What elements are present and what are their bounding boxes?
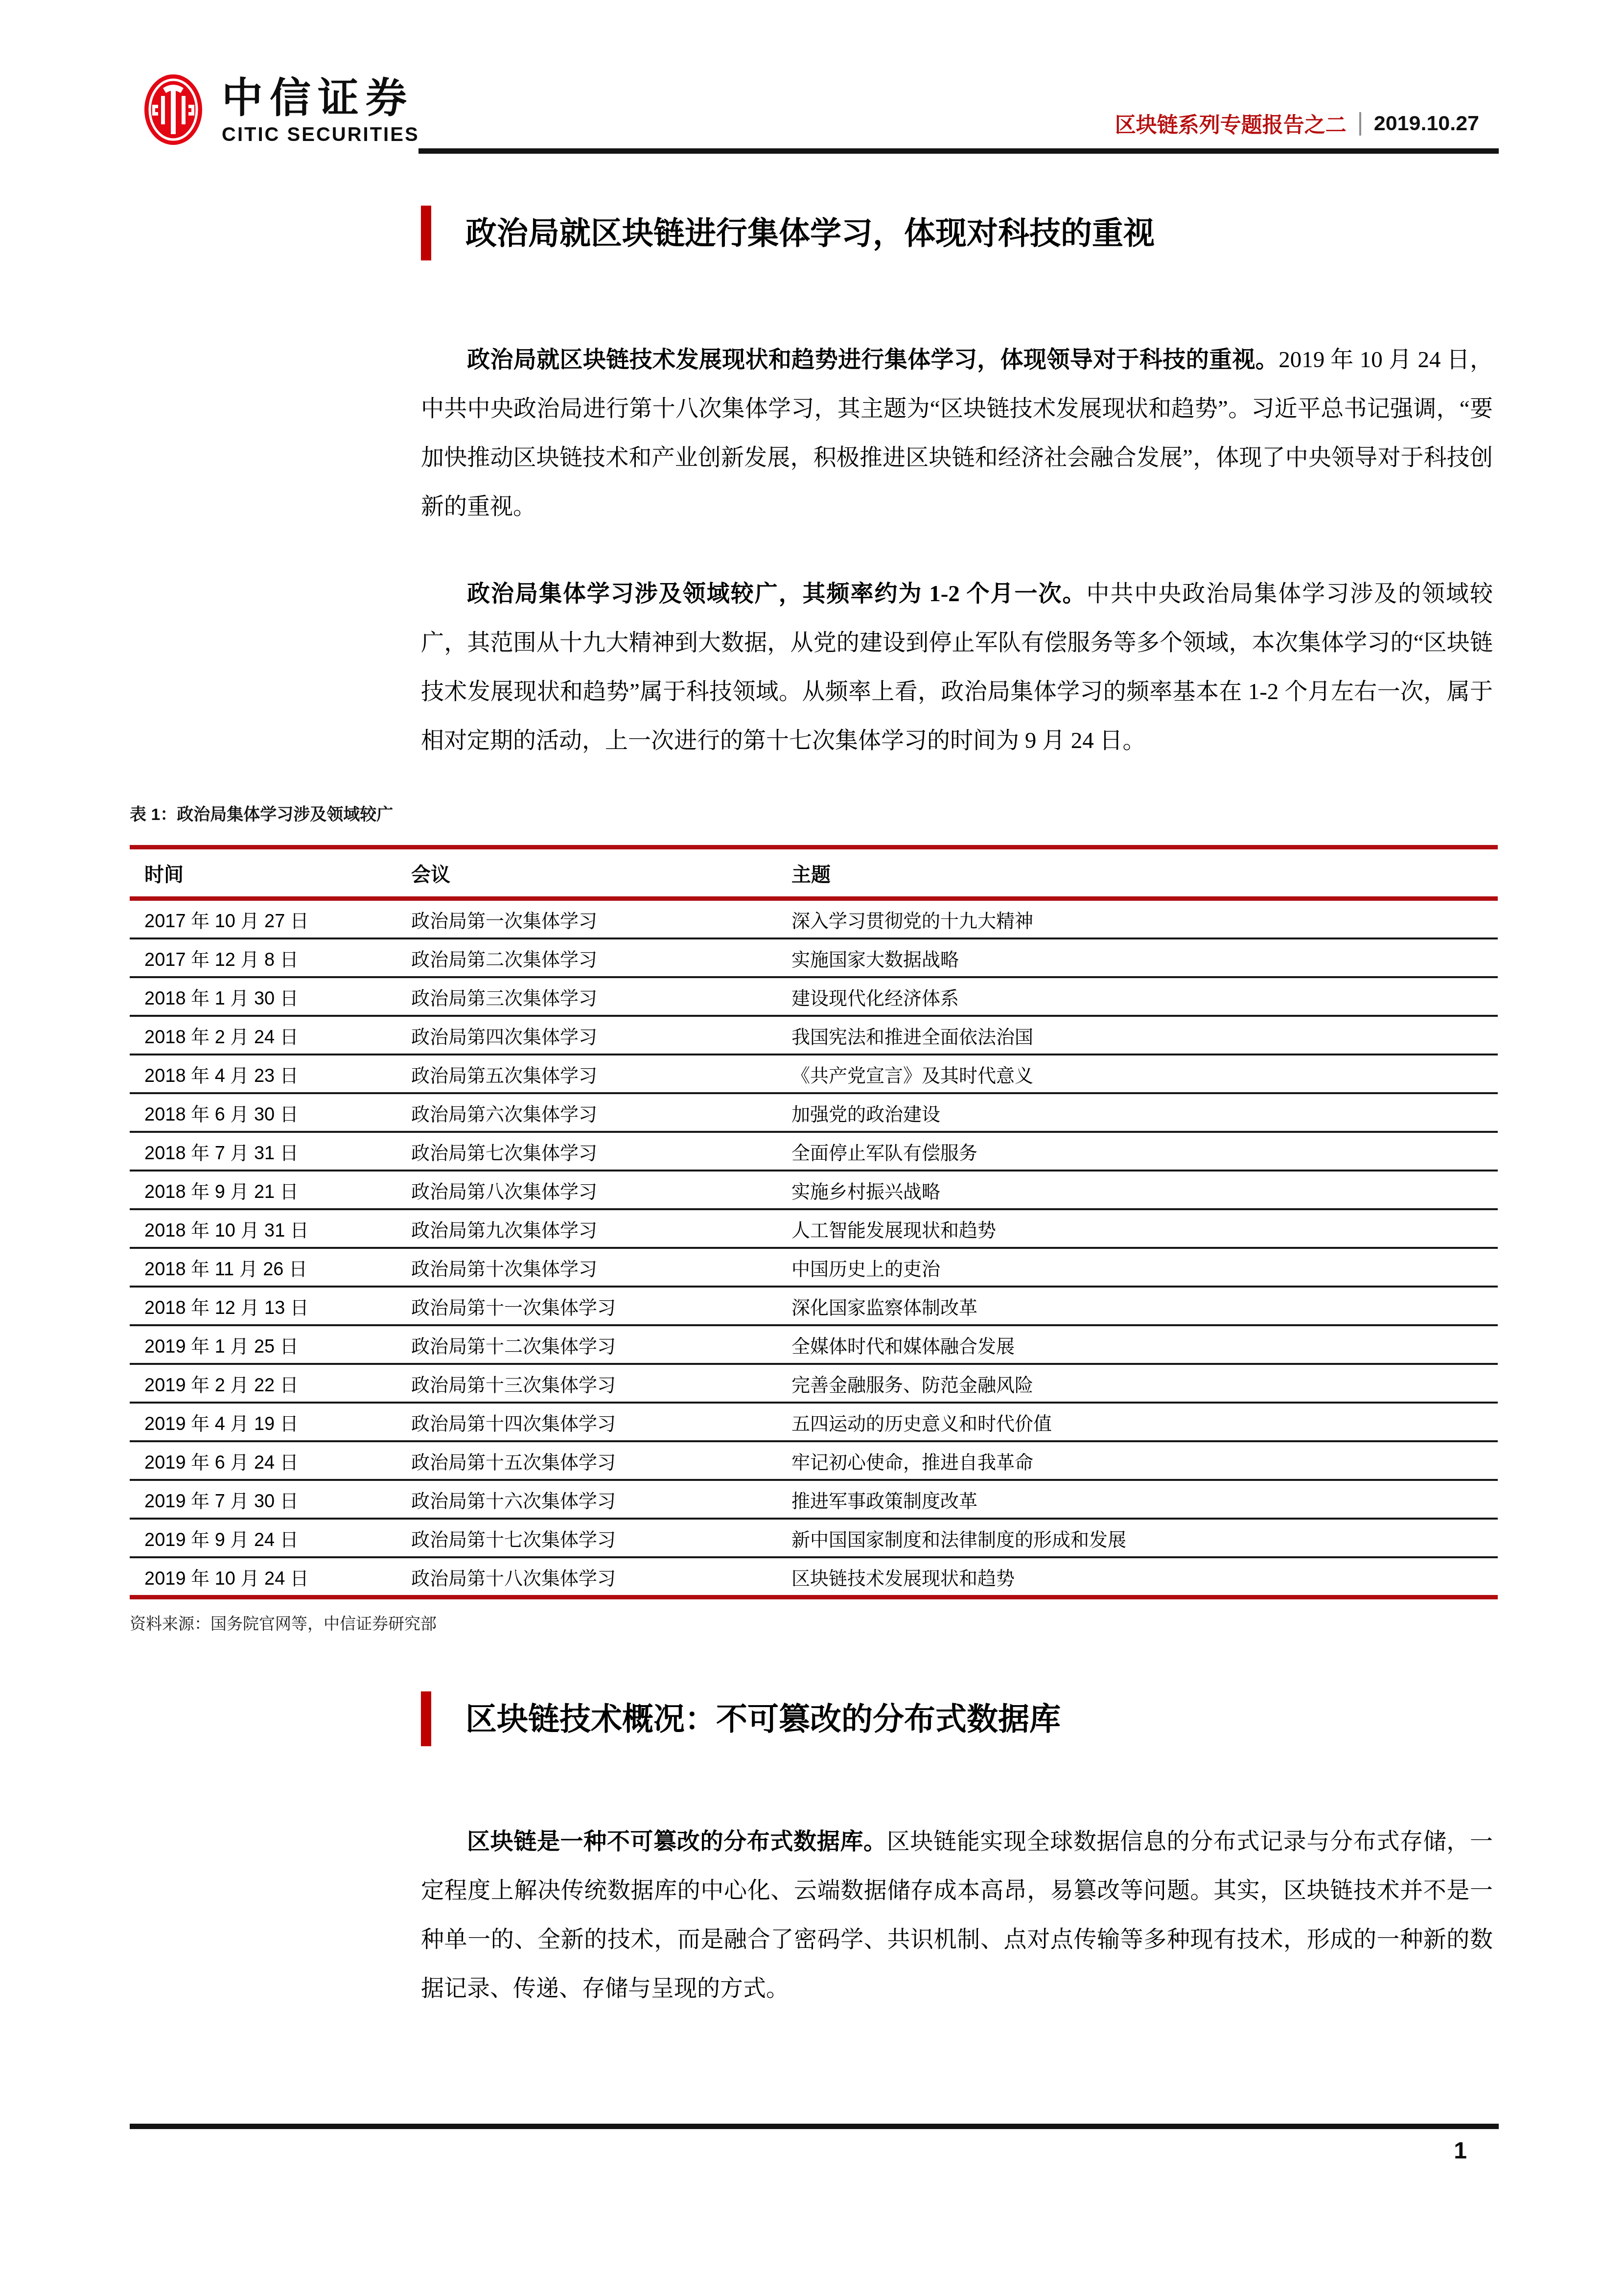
cell-meeting: 政治局第十七次集体学习 (396, 1519, 777, 1557)
section-title-2: 区块链技术概况：不可篡改的分布式数据库 (465, 1691, 1061, 1746)
paragraph-2-lead: 政治局集体学习涉及领域较广，其频率约为 1-2 个月一次。 (467, 581, 1086, 607)
column-header-meeting: 会议 (396, 847, 777, 899)
column-header-topic: 主题 (777, 847, 1498, 899)
cell-topic: 深化国家监察体制改革 (777, 1287, 1498, 1325)
heading-accent-bar (421, 1691, 431, 1746)
cell-topic: 加强党的政治建设 (777, 1093, 1498, 1132)
cell-topic: 全面停止军队有偿服务 (777, 1132, 1498, 1171)
cell-topic: 人工智能发展现状和趋势 (777, 1209, 1498, 1248)
table-row: 2018 年 2 月 24 日 政治局第四次集体学习 我国宪法和推进全面依法治国 (130, 1016, 1498, 1054)
cell-time: 2018 年 2 月 24 日 (130, 1016, 396, 1054)
table-body: 2017 年 10 月 27 日 政治局第一次集体学习 深入学习贯彻党的十九大精… (130, 899, 1498, 1597)
cell-meeting: 政治局第十六次集体学习 (396, 1480, 777, 1519)
section-heading-2: 区块链技术概况：不可篡改的分布式数据库 (421, 1691, 1490, 1746)
cell-meeting: 政治局第八次集体学习 (396, 1171, 777, 1209)
cell-topic: 五四运动的历史意义和时代价值 (777, 1403, 1498, 1441)
table-row: 2018 年 11 月 26 日 政治局第十次集体学习 中国历史上的吏治 (130, 1248, 1498, 1287)
cell-meeting: 政治局第一次集体学习 (396, 899, 777, 939)
section-heading-1: 政治局就区块链进行集体学习，体现对科技的重视 (421, 206, 1490, 260)
brand-name-en: CITIC SECURITIES (222, 123, 419, 146)
cell-topic: 完善金融服务、防范金融风险 (777, 1364, 1498, 1403)
table-row: 2017 年 12 月 8 日 政治局第二次集体学习 实施国家大数据战略 (130, 938, 1498, 977)
cell-meeting: 政治局第十五次集体学习 (396, 1441, 777, 1480)
cell-time: 2017 年 10 月 27 日 (130, 899, 396, 939)
page-number: 1 (1454, 2137, 1467, 2164)
cell-topic: 实施乡村振兴战略 (777, 1171, 1498, 1209)
table-row: 2019 年 1 月 25 日 政治局第十二次集体学习 全媒体时代和媒体融合发展 (130, 1325, 1498, 1364)
table-source-note: 资料来源：国务院官网等，中信证券研究部 (130, 1613, 1498, 1635)
paragraph-1-lead: 政治局就区块链技术发展现状和趋势进行集体学习，体现领导对于科技的重视。 (467, 347, 1278, 373)
report-date: 2019.10.27 (1374, 112, 1479, 136)
table-row: 2019 年 7 月 30 日 政治局第十六次集体学习 推进军事政策制度改革 (130, 1480, 1498, 1519)
cell-topic: 深入学习贯彻党的十九大精神 (777, 899, 1498, 939)
header-rule (418, 148, 1499, 154)
table-row: 2018 年 7 月 31 日 政治局第七次集体学习 全面停止军队有偿服务 (130, 1132, 1498, 1171)
table-row: 2019 年 10 月 24 日 政治局第十八次集体学习 区块链技术发展现状和趋… (130, 1557, 1498, 1597)
cell-topic: 我国宪法和推进全面依法治国 (777, 1016, 1498, 1054)
cell-time: 2019 年 9 月 24 日 (130, 1519, 396, 1557)
cell-topic: 区块链技术发展现状和趋势 (777, 1557, 1498, 1597)
cell-topic: 《共产党宣言》及其时代意义 (777, 1054, 1498, 1093)
paragraph-1-body: 2019 年 10 月 24 日，中共中央政治局进行第十八次集体学习，其主题为“… (421, 347, 1493, 519)
cell-meeting: 政治局第十次集体学习 (396, 1248, 777, 1287)
cell-topic: 中国历史上的吏治 (777, 1248, 1498, 1287)
cell-topic: 实施国家大数据战略 (777, 938, 1498, 977)
paragraph-3-lead: 区块链是一种不可篡改的分布式数据库。 (467, 1829, 887, 1854)
heading-accent-bar (421, 206, 431, 260)
cell-time: 2018 年 9 月 21 日 (130, 1171, 396, 1209)
table-row: 2018 年 10 月 31 日 政治局第九次集体学习 人工智能发展现状和趋势 (130, 1209, 1498, 1248)
cell-meeting: 政治局第十四次集体学习 (396, 1403, 777, 1441)
cell-meeting: 政治局第十二次集体学习 (396, 1325, 777, 1364)
citic-logo-block: 中信证券 CITIC SECURITIES (143, 73, 419, 146)
cell-time: 2019 年 4 月 19 日 (130, 1403, 396, 1441)
cell-meeting: 政治局第九次集体学习 (396, 1209, 777, 1248)
cell-time: 2019 年 1 月 25 日 (130, 1325, 396, 1364)
table-row: 2018 年 6 月 30 日 政治局第六次集体学习 加强党的政治建设 (130, 1093, 1498, 1132)
cell-topic: 建设现代化经济体系 (777, 977, 1498, 1016)
cell-time: 2018 年 11 月 26 日 (130, 1248, 396, 1287)
cell-meeting: 政治局第十八次集体学习 (396, 1557, 777, 1597)
cell-topic: 新中国国家制度和法律制度的形成和发展 (777, 1519, 1498, 1557)
cell-time: 2018 年 6 月 30 日 (130, 1093, 396, 1132)
cell-time: 2019 年 7 月 30 日 (130, 1480, 396, 1519)
table-row: 2019 年 6 月 24 日 政治局第十五次集体学习 牢记初心使命，推进自我革… (130, 1441, 1498, 1480)
cell-meeting: 政治局第五次集体学习 (396, 1054, 777, 1093)
cell-topic: 推进军事政策制度改革 (777, 1480, 1498, 1519)
table-row: 2018 年 12 月 13 日 政治局第十一次集体学习 深化国家监察体制改革 (130, 1287, 1498, 1325)
report-series-title: 区块链系列专题报告之二 (1115, 109, 1347, 139)
paragraph-2-body: 中共中央政治局集体学习涉及的领域较广，其范围从十九大精神到大数据，从党的建设到停… (421, 581, 1493, 753)
brand-name-cn: 中信证券 (222, 73, 419, 122)
cell-time: 2019 年 2 月 22 日 (130, 1364, 396, 1403)
cell-time: 2018 年 1 月 30 日 (130, 977, 396, 1016)
table-row: 2019 年 4 月 19 日 政治局第十四次集体学习 五四运动的历史意义和时代… (130, 1403, 1498, 1441)
brand-text: 中信证券 CITIC SECURITIES (222, 73, 419, 146)
section-title-1: 政治局就区块链进行集体学习，体现对科技的重视 (465, 206, 1155, 260)
paragraph-1: 政治局就区块链技术发展现状和趋势进行集体学习，体现领导对于科技的重视。2019 … (421, 335, 1493, 531)
column-header-time: 时间 (130, 847, 396, 899)
cell-meeting: 政治局第六次集体学习 (396, 1093, 777, 1132)
table-row: 2018 年 1 月 30 日 政治局第三次集体学习 建设现代化经济体系 (130, 977, 1498, 1016)
paragraph-3: 区块链是一种不可篡改的分布式数据库。区块链能实现全球数据信息的分布式记录与分布式… (421, 1817, 1493, 2013)
table-header-row: 时间 会议 主题 (130, 847, 1498, 899)
table-row: 2018 年 4 月 23 日 政治局第五次集体学习 《共产党宣言》及其时代意义 (130, 1054, 1498, 1093)
meetings-table: 时间 会议 主题 2017 年 10 月 27 日 政治局第一次集体学习 深入学… (130, 845, 1498, 1599)
cell-topic: 全媒体时代和媒体融合发展 (777, 1325, 1498, 1364)
cell-meeting: 政治局第十一次集体学习 (396, 1287, 777, 1325)
cell-meeting: 政治局第十三次集体学习 (396, 1364, 777, 1403)
footer-rule (130, 2124, 1499, 2129)
cell-time: 2017 年 12 月 8 日 (130, 938, 396, 977)
report-page: 中信证券 CITIC SECURITIES 区块链系列专题报告之二 2019.1… (0, 0, 1603, 2296)
table-block: 表 1：政治局集体学习涉及领域较广 时间 会议 主题 2017 年 10 月 2… (130, 804, 1498, 1635)
cell-time: 2018 年 4 月 23 日 (130, 1054, 396, 1093)
cell-meeting: 政治局第三次集体学习 (396, 977, 777, 1016)
table-row: 2018 年 9 月 21 日 政治局第八次集体学习 实施乡村振兴战略 (130, 1171, 1498, 1209)
paragraph-3-body: 区块链能实现全球数据信息的分布式记录与分布式存储，一定程度上解决传统数据库的中心… (421, 1829, 1493, 2001)
header-divider (1359, 112, 1361, 136)
cell-time: 2018 年 7 月 31 日 (130, 1132, 396, 1171)
cell-meeting: 政治局第四次集体学习 (396, 1016, 777, 1054)
cell-time: 2019 年 10 月 24 日 (130, 1557, 396, 1597)
table-row: 2017 年 10 月 27 日 政治局第一次集体学习 深入学习贯彻党的十九大精… (130, 899, 1498, 939)
table-caption: 表 1：政治局集体学习涉及领域较广 (130, 804, 1498, 825)
cell-meeting: 政治局第七次集体学习 (396, 1132, 777, 1171)
table-row: 2019 年 2 月 22 日 政治局第十三次集体学习 完善金融服务、防范金融风… (130, 1364, 1498, 1403)
cell-topic: 牢记初心使命，推进自我革命 (777, 1441, 1498, 1480)
cell-time: 2018 年 10 月 31 日 (130, 1209, 396, 1248)
cell-time: 2018 年 12 月 13 日 (130, 1287, 396, 1325)
cell-time: 2019 年 6 月 24 日 (130, 1441, 396, 1480)
table-row: 2019 年 9 月 24 日 政治局第十七次集体学习 新中国国家制度和法律制度… (130, 1519, 1498, 1557)
header-meta: 区块链系列专题报告之二 2019.10.27 (1115, 109, 1479, 139)
cell-meeting: 政治局第二次集体学习 (396, 938, 777, 977)
citic-logo-icon (143, 73, 203, 146)
paragraph-2: 政治局集体学习涉及领域较广，其频率约为 1-2 个月一次。中共中央政治局集体学习… (421, 569, 1493, 765)
